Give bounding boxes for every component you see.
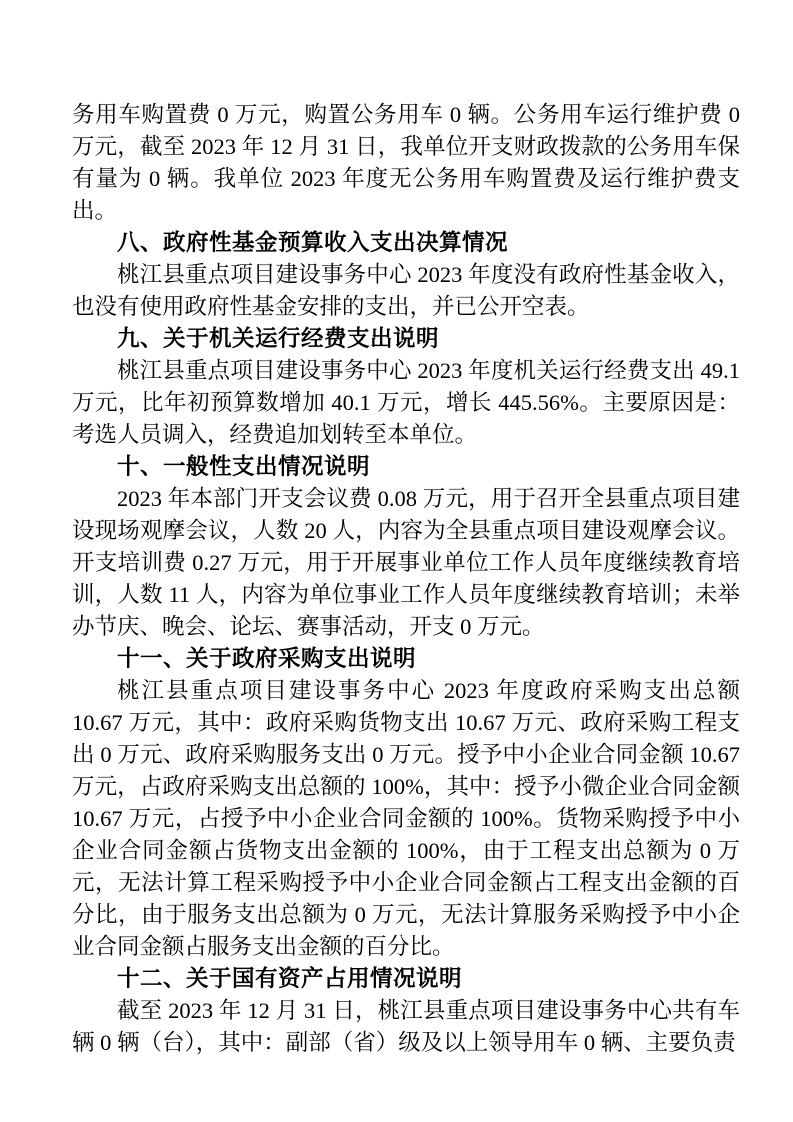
report-page: 务用车购置费 0 万元，购置公务用车 0 辆。公务用车运行维护费 0 万元，截至… [0, 0, 793, 1122]
paragraph-operating-expense: 桃江县重点项目建设事务中心 2023 年度机关运行经费支出 49.1 万元，比年… [72, 355, 740, 451]
paragraph-official-vehicle-continued: 务用车购置费 0 万元，购置公务用车 0 辆。公务用车运行维护费 0 万元，截至… [72, 99, 740, 227]
heading-section-11-gov-procurement: 十一、关于政府采购支出说明 [72, 643, 740, 675]
heading-section-9-operating-expense: 九、关于机关运行经费支出说明 [72, 323, 740, 355]
paragraph-general-expense: 2023 年本部门开支会议费 0.08 万元，用于召开全县重点项目建设现场观摩会… [72, 483, 740, 643]
paragraph-state-assets: 截至 2023 年 12 月 31 日，桃江县重点项目建设事务中心共有车辆 0 … [72, 995, 740, 1059]
paragraph-gov-fund-budget: 桃江县重点项目建设事务中心 2023 年度没有政府性基金收入，也没有使用政府性基… [72, 259, 740, 323]
heading-section-12-state-assets: 十二、关于国有资产占用情况说明 [72, 963, 740, 995]
paragraph-gov-procurement: 桃江县重点项目建设事务中心 2023 年度政府采购支出总额 10.67 万元，其… [72, 675, 740, 963]
heading-section-8-gov-fund-budget: 八、政府性基金预算收入支出决算情况 [72, 227, 740, 259]
heading-section-10-general-expense: 十、一般性支出情况说明 [72, 451, 740, 483]
